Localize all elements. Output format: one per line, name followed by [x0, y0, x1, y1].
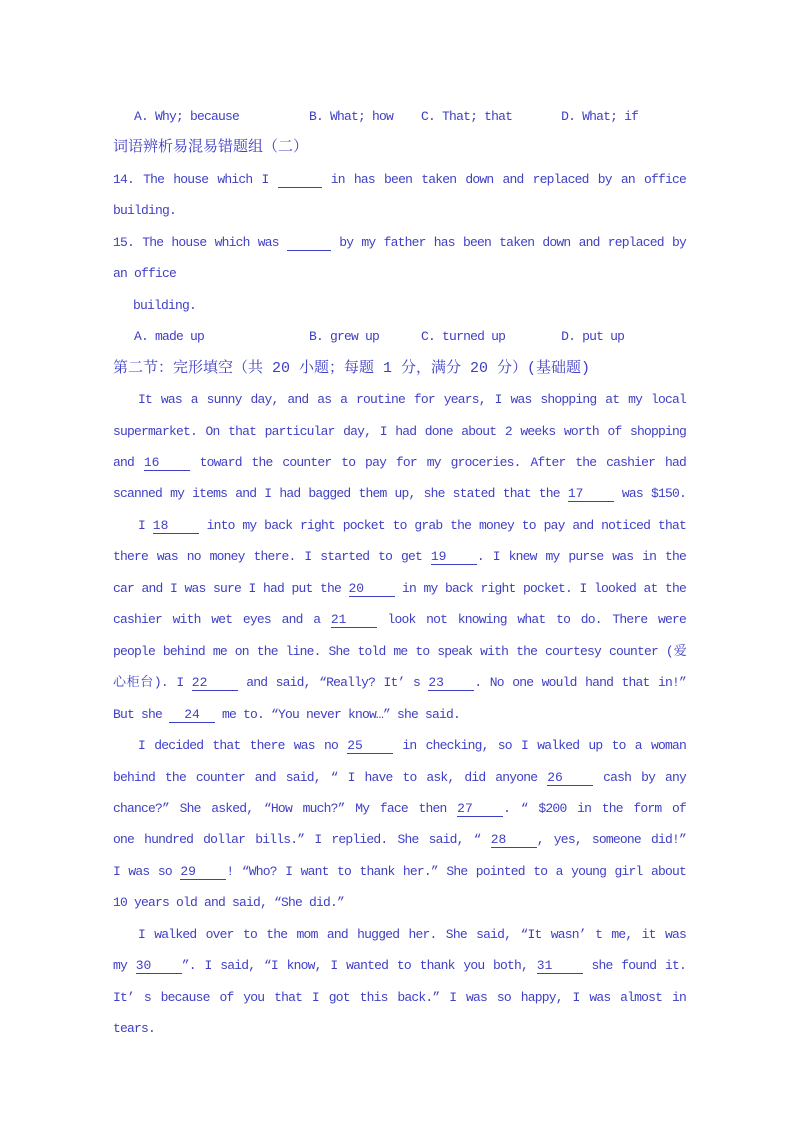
- text-line-4: building.: [113, 195, 686, 226]
- blank-21: 21: [331, 612, 377, 628]
- text-line-1: A. Why; because B. What; how C. That; th…: [113, 101, 686, 132]
- blank-18: 18: [153, 518, 199, 534]
- text-line-29: It’ s because of you that I got this bac…: [113, 982, 686, 1013]
- text-line-30: tears.: [113, 1013, 686, 1044]
- text-line-23: chance?” She asked, “How much?” My face …: [113, 793, 686, 824]
- text-line-21: I decided that there was no 25 in checki…: [113, 730, 686, 761]
- blank-29: 29: [180, 864, 226, 880]
- text-line-18: people behind me on the line. She told m…: [113, 636, 686, 667]
- text-line-25: I was so 29! “Who? I want to thank her.”…: [113, 856, 686, 887]
- text-line-15: there was no money there. I started to g…: [113, 541, 686, 572]
- text-line-2: 词语辨析易混易错题组（二）: [113, 132, 686, 163]
- text-line-12: and 16 toward the counter to pay for my …: [113, 447, 686, 478]
- blank-30: 30: [136, 958, 182, 974]
- text-line-8: A. made up B. grew up C. turned up D. pu…: [113, 321, 686, 352]
- blank-25: 25: [347, 738, 393, 754]
- text-line-26: 10 years old and said, “She did.”: [113, 887, 686, 918]
- blank-24: 24: [169, 707, 215, 723]
- text-line-27: I walked over to the mom and hugged her.…: [113, 919, 686, 950]
- blank-17: 17: [568, 486, 614, 502]
- text-line-28: my 30”. I said, “I know, I wanted to tha…: [113, 950, 686, 981]
- blank-31: 31: [537, 958, 583, 974]
- document-page: A. Why; because B. What; how C. That; th…: [0, 0, 800, 1132]
- text-line-24: one hundred dollar bills.” I replied. Sh…: [113, 824, 686, 855]
- blank-26: 26: [547, 770, 593, 786]
- blank-28: 28: [491, 832, 537, 848]
- text-line-14: I 18 into my back right pocket to grab t…: [113, 510, 686, 541]
- blank-empty: [287, 235, 331, 251]
- text-line-22: behind the counter and said, “ I have to…: [113, 762, 686, 793]
- text-line-3: 14. The house which I in has been taken …: [113, 164, 686, 195]
- blank-16: 16: [144, 455, 190, 471]
- text-line-9: 第二节：完形填空（共 20 小题；每题 1 分，满分 20 分）(基础题): [113, 353, 686, 384]
- text-line-19: 心柜台). I 22 and said, “Really? It’ s 23. …: [113, 667, 686, 698]
- blank-23: 23: [428, 675, 474, 691]
- text-line-11: supermarket. On that particular day, I h…: [113, 416, 686, 447]
- document-body: A. Why; because B. What; how C. That; th…: [113, 101, 686, 1045]
- text-line-10: It was a sunny day, and as a routine for…: [113, 384, 686, 415]
- text-line-13: scanned my items and I had bagged them u…: [113, 478, 686, 509]
- text-line-5: 15. The house which was by my father has…: [113, 227, 686, 258]
- text-line-6: an office: [113, 258, 686, 289]
- blank-27: 27: [457, 801, 503, 817]
- text-line-17: cashier with wet eyes and a 21 look not …: [113, 604, 686, 635]
- blank-22: 22: [192, 675, 238, 691]
- text-line-20: But she 24 me to. “You never know…” she …: [113, 699, 686, 730]
- text-line-16: car and I was sure I had put the 20 in m…: [113, 573, 686, 604]
- blank-empty: [278, 172, 322, 188]
- blank-19: 19: [431, 549, 477, 565]
- text-line-7: building.: [113, 290, 686, 321]
- blank-20: 20: [349, 581, 395, 597]
